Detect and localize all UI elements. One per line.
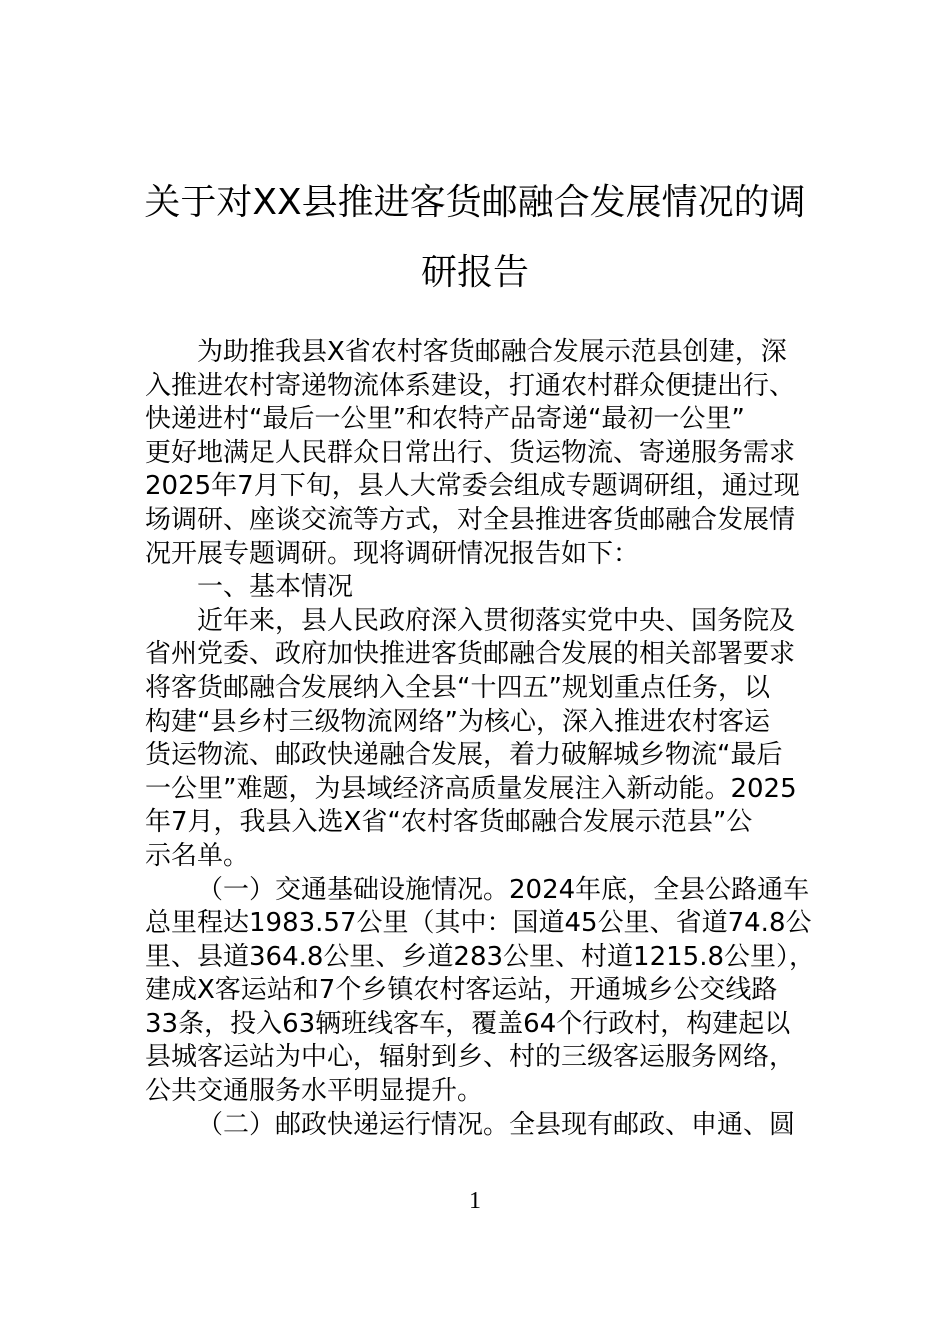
text-line: 2025年7月下旬，县人大常委会组成专题调研组，通过现 <box>145 470 808 504</box>
section-heading-basic-situation: 一、基本情况 <box>145 571 808 605</box>
text-line: （一）交通基础设施情况。2024年底，全县公路通车 <box>145 874 808 908</box>
text-line: （二）邮政快递运行情况。全县现有邮政、申通、圆 <box>145 1109 808 1143</box>
text-line: 一公里”难题，为县域经济高质量发展注入新动能。2025 <box>145 773 808 807</box>
text-line: 年7月，我县入选X省“农村客货邮融合发展示范县”公 <box>145 806 808 840</box>
document-body: 为助推我县X省农村客货邮融合发展示范县创建，深 入推进农村寄递物流体系建设，打通… <box>145 336 808 1142</box>
text-line: 建成X客运站和7个乡镇农村客运站，开通城乡公交线路 <box>145 974 808 1008</box>
text-line: 近年来，县人民政府深入贯彻落实党中央、国务院及 <box>145 605 808 639</box>
text-line: 示名单。 <box>145 840 808 874</box>
text-line: 公共交通服务水平明显提升。 <box>145 1075 808 1109</box>
text-line: 场调研、座谈交流等方式，对全县推进客货邮融合发展情 <box>145 504 808 538</box>
text-line: 33条，投入63辆班线客车，覆盖64个行政村，构建起以 <box>145 1008 808 1042</box>
title-line-2: 研报告 <box>135 238 815 308</box>
document-page: 关于对XX县推进客货邮融合发展情况的调 研报告 为助推我县X省农村客货邮融合发展… <box>0 0 950 1344</box>
text-line: 总里程达1983.57公里（其中：国道45公里、省道74.8公 <box>145 907 808 941</box>
paragraph-transport-infrastructure: （一）交通基础设施情况。2024年底，全县公路通车 总里程达1983.57公里（… <box>145 874 808 1109</box>
text-line: 县城客运站为中心，辐射到乡、村的三级客运服务网络， <box>145 1041 808 1075</box>
paragraph-postal-express: （二）邮政快递运行情况。全县现有邮政、申通、圆 <box>145 1109 808 1143</box>
text-line: 省州党委、政府加快推进客货邮融合发展的相关部署要求 <box>145 638 808 672</box>
paragraph-intro: 为助推我县X省农村客货邮融合发展示范县创建，深 入推进农村寄递物流体系建设，打通… <box>145 336 808 571</box>
text-line: 货运物流、邮政快递融合发展，着力破解城乡物流“最后 <box>145 739 808 773</box>
page-number: 1 <box>0 1188 950 1215</box>
text-line: 况开展专题调研。现将调研情况报告如下： <box>145 538 808 572</box>
section-heading: 一、基本情况 <box>145 571 808 605</box>
text-line: 快递进村“最后一公里”和农特产品寄递“最初一公里” <box>145 403 808 437</box>
text-line: 将客货邮融合发展纳入全县“十四五”规划重点任务，以 <box>145 672 808 706</box>
text-line: 入推进农村寄递物流体系建设，打通农村群众便捷出行、 <box>145 370 808 404</box>
text-line: 构建“县乡村三级物流网络”为核心，深入推进农村客运 <box>145 706 808 740</box>
text-line: 更好地满足人民群众日常出行、货运物流、寄递服务需求 <box>145 437 808 471</box>
paragraph-overview: 近年来，县人民政府深入贯彻落实党中央、国务院及 省州党委、政府加快推进客货邮融合… <box>145 605 808 874</box>
document-title: 关于对XX县推进客货邮融合发展情况的调 研报告 <box>135 168 815 308</box>
text-line: 为助推我县X省农村客货邮融合发展示范县创建，深 <box>145 336 808 370</box>
title-line-1: 关于对XX县推进客货邮融合发展情况的调 <box>135 168 815 238</box>
text-line: 里、县道364.8公里、乡道283公里、村道1215.8公里）， <box>145 941 808 975</box>
